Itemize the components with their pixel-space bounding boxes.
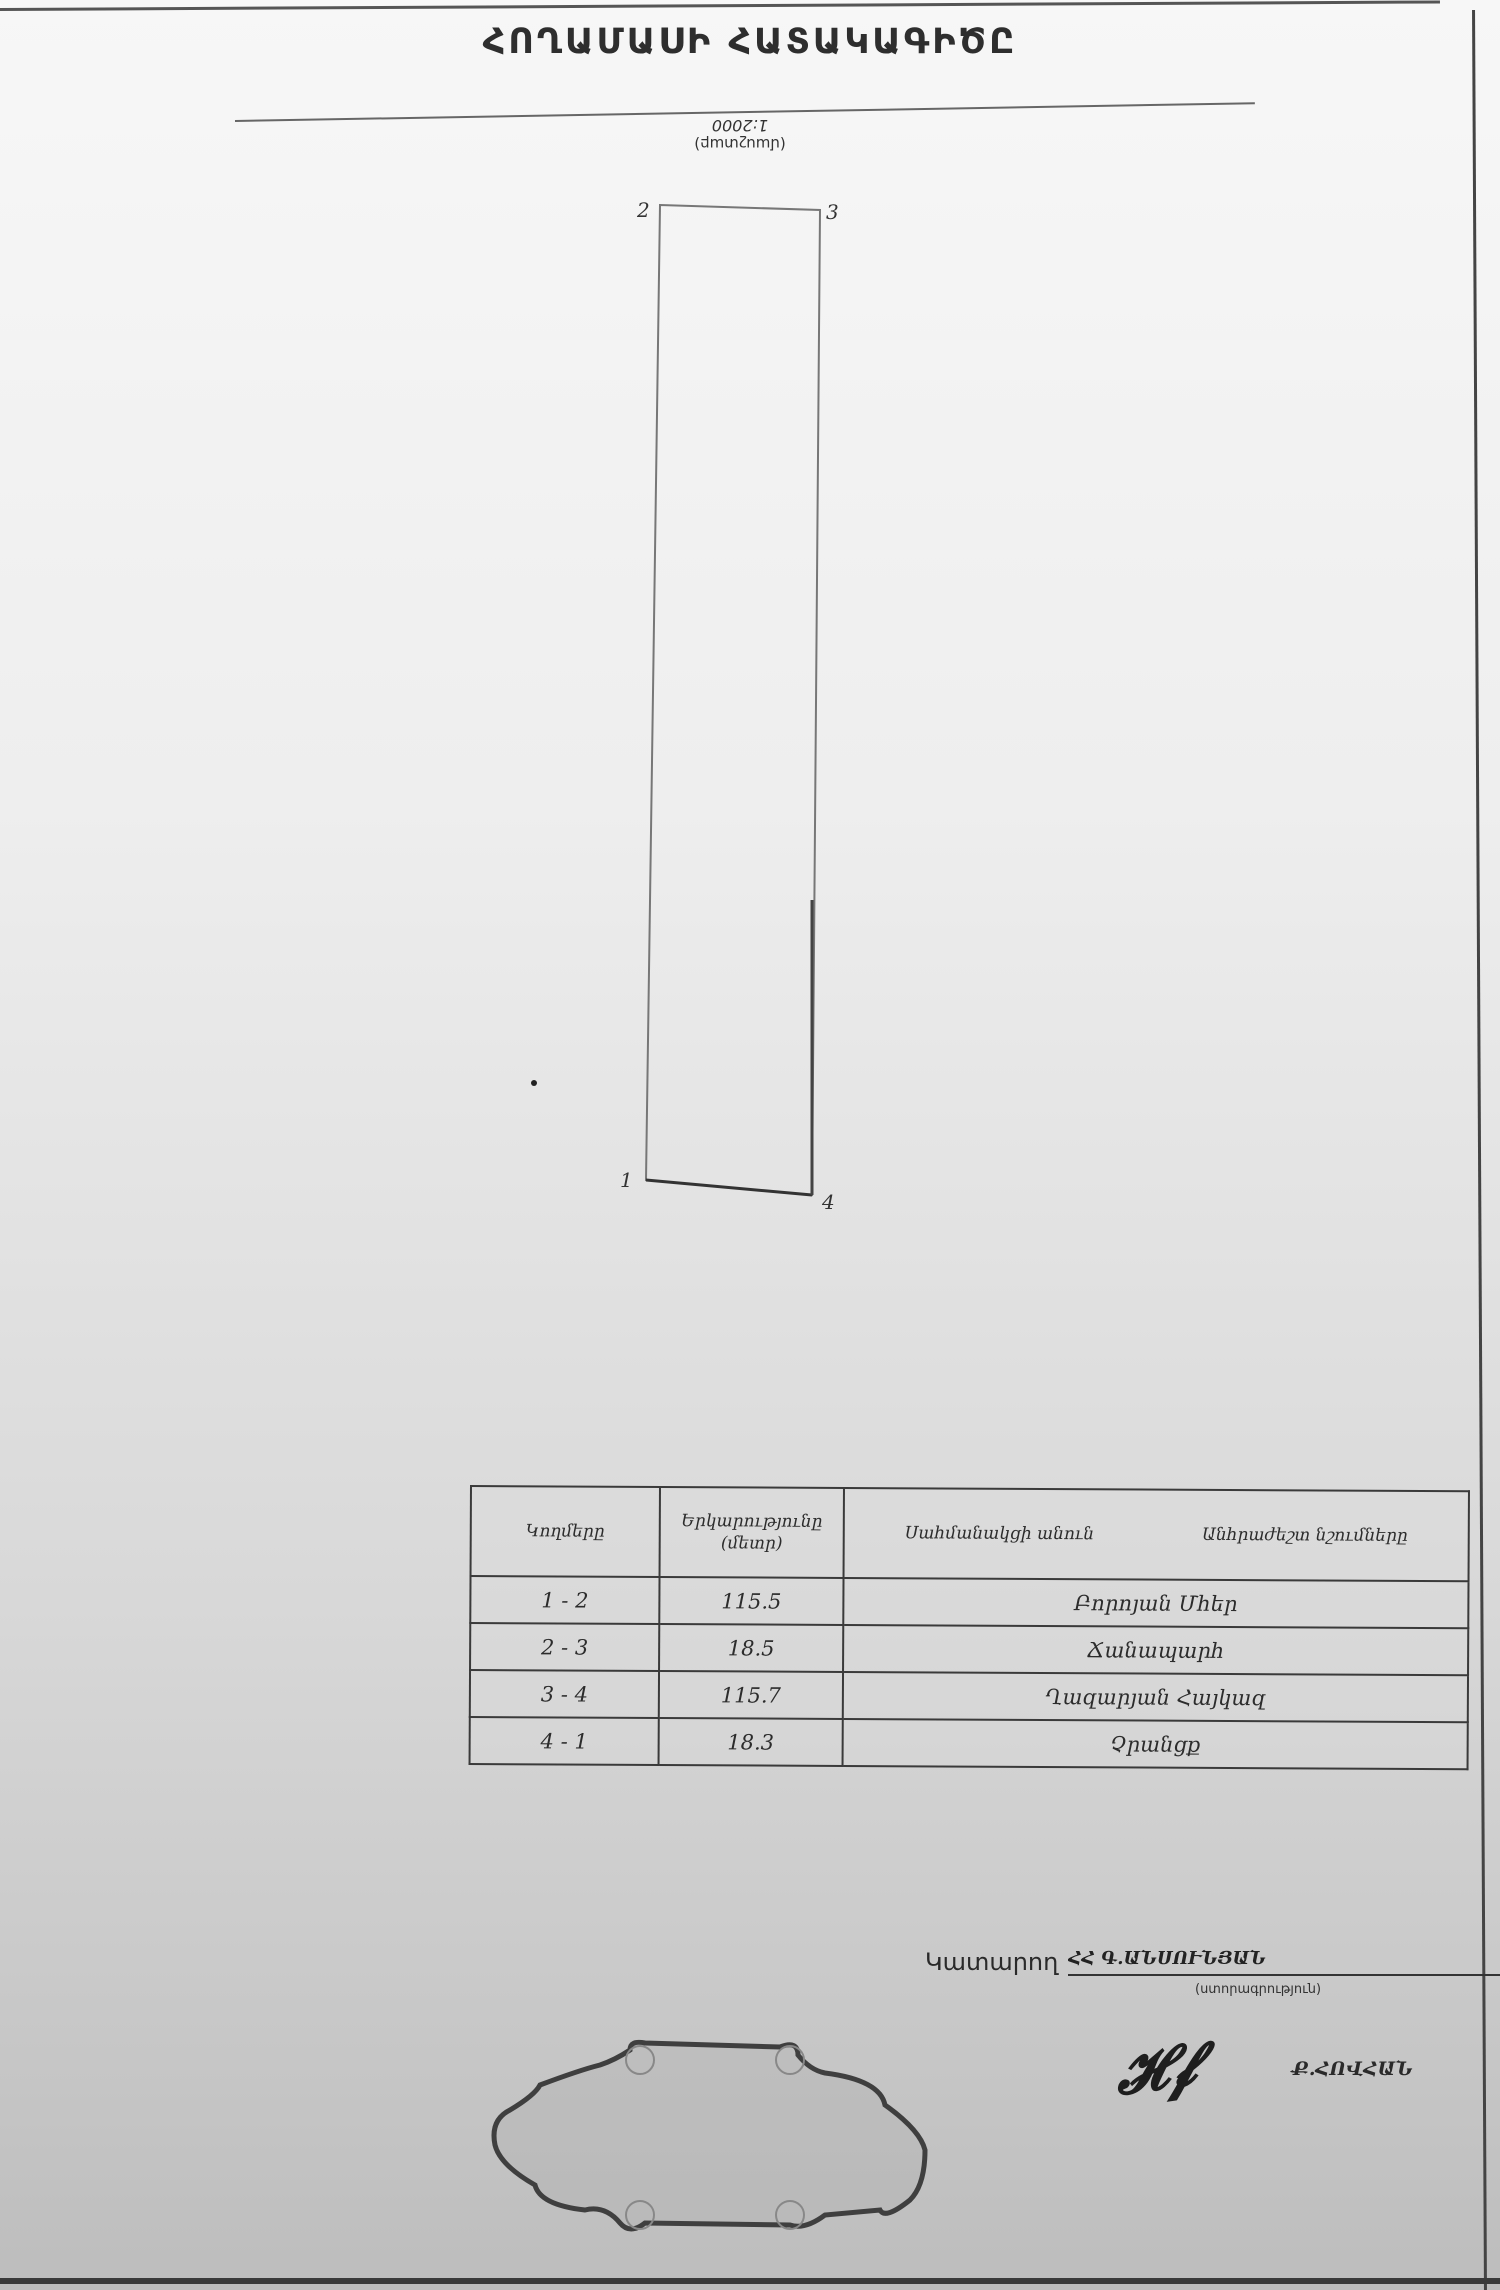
- plot-boundary: [646, 205, 820, 1195]
- cell-length: 18.5: [659, 1624, 843, 1672]
- cell-length: 115.5: [659, 1577, 843, 1625]
- cell-length: 18.3: [659, 1718, 843, 1766]
- table-row: 1 - 2 115.5 Բորոյան Մհեր: [470, 1576, 1468, 1628]
- header-neighbor-notes: Սահմանակցի անուն Անհրաժեշտ նշումները: [844, 1488, 1469, 1581]
- corner-2-label: 2: [637, 198, 650, 222]
- header-sides: Կողմերը: [471, 1486, 660, 1577]
- page-border-bottom: [0, 2278, 1500, 2284]
- land-plot-diagram: [0, 0, 1500, 1300]
- cell-side: 4 - 1: [470, 1717, 659, 1765]
- cell-side: 3 - 4: [470, 1670, 659, 1718]
- cell-neighbor: Բորոյան Մհեր: [843, 1578, 1468, 1628]
- boundary-table: Կողմերը Երկարությունը (մետր) Սահմանակցի …: [469, 1485, 1470, 1770]
- handwritten-signature: 𝓗𝓯: [1111, 2030, 1201, 2110]
- signature-caption: (ստորագրություն): [1195, 1982, 1321, 1997]
- corner-4-label: 4: [822, 1190, 835, 1214]
- cell-neighbor: Չրանցք: [843, 1719, 1468, 1769]
- cell-neighbor: Ճանապարհ: [843, 1625, 1468, 1675]
- header-length: Երկարությունը (մետր): [660, 1487, 844, 1578]
- corner-3-label: 3: [826, 200, 839, 224]
- performer-label: Կատարող: [925, 1948, 1058, 1976]
- header-neighbor: Սահմանակցի անուն: [905, 1522, 1094, 1545]
- header-notes: Անհրաժեշտ նշումները: [1202, 1524, 1408, 1547]
- plot-side-4-1: [646, 1180, 812, 1195]
- table-row: 2 - 3 18.5 Ճանապարհ: [470, 1623, 1468, 1675]
- performer-value: ՀՀ Գ.ԱՆՍՈՒՆՅԱՆ: [1068, 1948, 1500, 1976]
- table-row: 4 - 1 18.3 Չրանցք: [470, 1717, 1468, 1769]
- ornamental-seal-frame: [480, 2035, 960, 2235]
- performer-block: Կատարող ՀՀ Գ.ԱՆՍՈՒՆՅԱՆ: [925, 1948, 1500, 1976]
- cell-neighbor: Ղազարյան Հայկազ: [843, 1672, 1468, 1722]
- table-row: 3 - 4 115.7 Ղազարյան Հայկազ: [470, 1670, 1468, 1722]
- cell-side: 2 - 3: [470, 1623, 659, 1671]
- cell-length: 115.7: [659, 1671, 843, 1719]
- corner-1-label: 1: [620, 1168, 633, 1192]
- cell-side: 1 - 2: [470, 1576, 659, 1624]
- table-header-row: Կողմերը Երկարությունը (մետր) Սահմանակցի …: [471, 1486, 1469, 1581]
- stray-dot: [531, 1080, 537, 1086]
- signed-name: Ք.ՀՈՎՀԱՆ: [1292, 2058, 1413, 2080]
- seal-outline: [494, 2042, 925, 2229]
